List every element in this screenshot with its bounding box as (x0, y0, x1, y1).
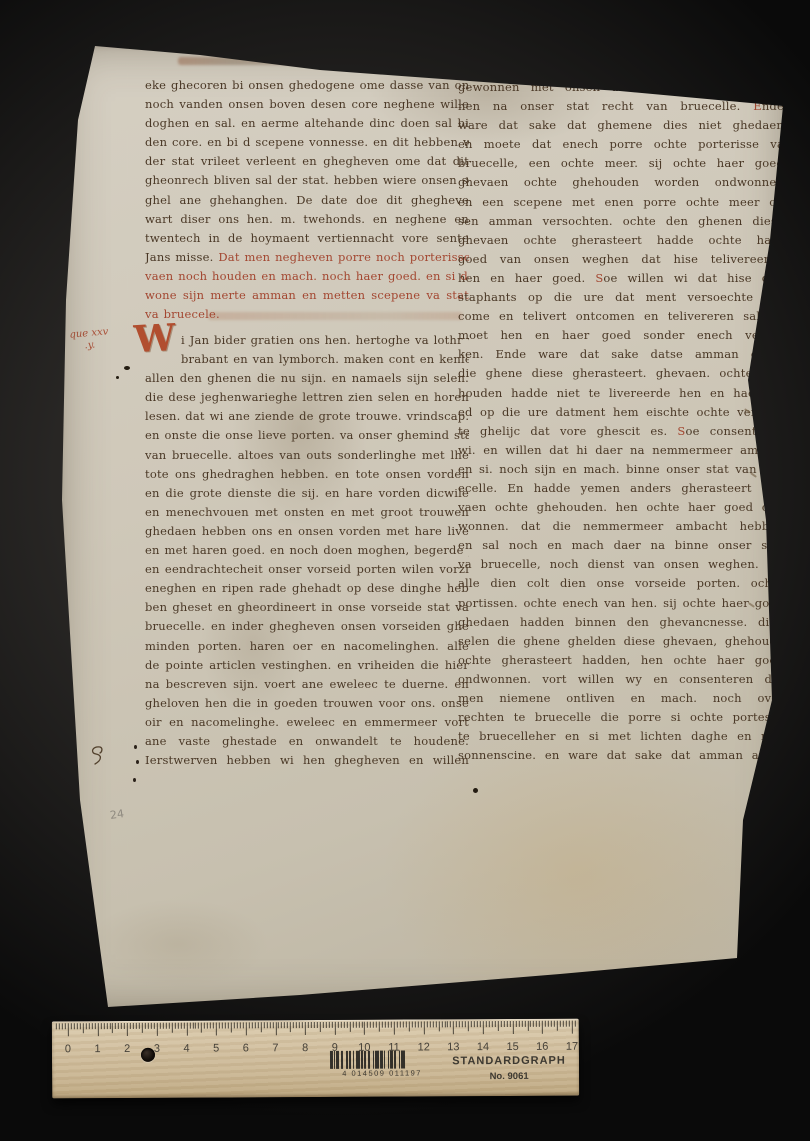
body-text: hen en haer goed. (458, 271, 595, 285)
ruler-cm-label: 8 (293, 1042, 317, 1054)
body-text: en onste die onse lieve porten. va onser… (145, 428, 469, 442)
ruler-tick (269, 1022, 270, 1028)
ruler-tick (296, 1022, 297, 1028)
body-text: ochte gherasteert hadden, hen ochte haer… (458, 653, 784, 667)
manuscript-text-line: ken. Ende ware dat sake datse amman ocht… (458, 345, 784, 364)
body-text: allen den ghenen die nu sijn. en namaels… (145, 371, 469, 385)
ruler-tick (160, 1023, 161, 1029)
manuscript-text-line: te ghelijc dat vore ghescit es. Soe cons… (458, 422, 784, 441)
manuscript-text-line: come en telivert ontcomen en telivereren… (458, 307, 784, 326)
ruler-tick (148, 1023, 149, 1029)
body-text: va bruecelle, noch dienst van onsen wegh… (458, 557, 768, 571)
ruler-tick (207, 1023, 208, 1029)
manuscript-text-line: ware dat sake dat ghemene dies niet ghed… (458, 116, 784, 135)
ruler-tick (456, 1021, 457, 1027)
body-text: nde (762, 99, 784, 113)
body-text: en si. noch sijn en mach. binne onser st… (458, 462, 784, 476)
manuscript-text-line: der stat vrileet verleent en ghegheven o… (145, 152, 469, 171)
ruler-tick (56, 1023, 57, 1029)
manuscript-text-line: en eendrachtecheit onser vorseid porten … (145, 560, 469, 579)
body-text: goed van onsen weghen dat hise teliveree… (458, 252, 784, 266)
body-text: der stat vrileet verleent en ghegheven o… (145, 154, 469, 168)
ruler-tick (435, 1021, 436, 1027)
manuscript-text-line: noch vanden onsen boven desen core neghe… (145, 95, 469, 114)
ruler-tick (305, 1022, 306, 1035)
ruler-tick (421, 1021, 422, 1027)
ruler-tick (326, 1022, 327, 1028)
body-text: ghel ane ghehanghen. De date doe dit ghe… (145, 193, 469, 207)
ruler-tick (83, 1023, 84, 1033)
body-text: gheloven hen die in goeden trouwen voor … (145, 696, 469, 710)
body-text: oir en nacomelinghe. eweleec en emmermee… (145, 715, 469, 729)
ruler-tick (367, 1022, 368, 1028)
body-text: en die grote dienste die sij. en hare vo… (145, 486, 469, 500)
ruler-tick (557, 1021, 558, 1031)
manuscript-text-line: ghedaen hadden binnen den ghevancnesse. … (458, 613, 784, 632)
ruler-tick (370, 1022, 371, 1028)
ruler-tick (77, 1023, 78, 1029)
manuscript-text-line: Jans misse. Dat men negheven porre noch … (145, 248, 469, 267)
ruler-tick (545, 1021, 546, 1027)
ruler-tick (486, 1021, 487, 1027)
ruler-tick (501, 1021, 502, 1027)
body-text: den core. en bi d scepene vonnesse. en d… (145, 135, 469, 149)
ruler-tick (115, 1023, 116, 1029)
body-text: ecelle. En hadde yemen anders gherasteer… (458, 481, 784, 495)
ruler-tick (234, 1022, 235, 1028)
manuscript-text-line: de pointe articlen vestinghen. en vrihei… (145, 656, 469, 675)
manuscript-text-line: ghedaen hebben ons en onsen vorden met h… (145, 522, 469, 541)
ruler-tick (563, 1021, 564, 1027)
ruler-tick (290, 1022, 291, 1032)
ruler-tick (524, 1021, 525, 1027)
body-text: moet hen en haer goed sonder enech verne… (458, 328, 784, 342)
ruler-tick (255, 1022, 256, 1028)
ruler-cm-label: 15 (501, 1041, 525, 1053)
body-text: lesen. dat wi ane ziende de grote trouwe… (145, 409, 469, 423)
ruler-tick (80, 1023, 81, 1029)
ruler-tick (157, 1023, 158, 1036)
ruler-tick (459, 1021, 460, 1027)
body-text: bruecelle, een ochte meer. sij ochte hae… (458, 156, 784, 170)
ruler-tick (237, 1022, 238, 1028)
ruler-tick (572, 1021, 573, 1034)
ruler-tick (542, 1021, 543, 1034)
ruler-tick (412, 1021, 413, 1027)
ruler-tick (507, 1021, 508, 1027)
manuscript-text-line: den core. en bi d scepene vonnesse. en d… (145, 133, 469, 152)
manuscript-text-line: sonnenscine. en ware dat sake dat amman … (458, 746, 784, 765)
manuscript-text-line: oir en nacomelinghe. eweleec en emmermee… (145, 713, 469, 732)
body-text: ghevaen ochte ghehouden worden ondwonnen (458, 175, 784, 189)
ruler-tick (510, 1021, 511, 1027)
right-column: gewonnen met onsen amman. en metten scep… (458, 78, 784, 765)
ruler-tick (320, 1022, 321, 1032)
ruler-tick (92, 1023, 93, 1029)
ruler-tick (62, 1023, 63, 1029)
body-text: en met haren goed. en noch doen moghen, … (145, 543, 469, 557)
ruler-tick (397, 1022, 398, 1028)
manuscript-text-line: en die grote dienste die sij. en hare vo… (145, 484, 469, 503)
body-text: selen die ghene ghelden diese ghevaen, g… (458, 634, 784, 648)
manuscript-text-line: en onste die onse lieve porten. va onser… (145, 426, 469, 445)
body-text: i Jan bider gratien ons hen. hertoghe va… (181, 333, 469, 347)
margin-note-line2: .y. (70, 338, 110, 353)
ruler-tick (186, 1023, 187, 1036)
ruler-tick (391, 1022, 392, 1028)
ruler-tick (124, 1023, 125, 1029)
ruler-tick (453, 1021, 454, 1034)
manuscript-text-line: allen den ghenen die nu sijn. en namaels… (145, 369, 469, 388)
ruler-tick (447, 1021, 448, 1027)
ruler-brand-label: STANDARDGRAPH (442, 1055, 576, 1068)
ruler-tick (329, 1022, 330, 1028)
ink-speck (116, 376, 119, 379)
body-text: ghevaen ochte gherasteert hadde ochte ha… (458, 233, 784, 247)
manuscript-text-line: va bruecelle, noch dienst van onsen wegh… (458, 555, 784, 574)
ruler-tick (201, 1023, 202, 1033)
ruler-tick (465, 1021, 466, 1027)
ruler-tick (575, 1021, 576, 1027)
body-text: vaen ochte ghehouden. hen ochte haer goe… (458, 500, 784, 514)
ruler-tick (195, 1023, 196, 1029)
manuscript-text-line: en sal noch en mach daer na binne onser … (458, 536, 784, 555)
ruler-tick (109, 1023, 110, 1029)
ruler-tick (240, 1022, 241, 1028)
rubric-text: E (753, 99, 762, 113)
ruler-tick (175, 1023, 176, 1029)
body-text: oe consenteren (686, 424, 784, 438)
manuscript-text-line: wart diser ons hen. m. twehonds. en negh… (145, 210, 469, 229)
manuscript-text-line: ecelle. En hadde yemen anders gherasteer… (458, 479, 784, 498)
ruler-tick (427, 1021, 428, 1027)
body-text: eneghen en ripen rade ghehadt op dese di… (145, 581, 469, 595)
trimmed-header-line-remnant (178, 57, 478, 65)
ruler-tick (551, 1021, 552, 1027)
ruler-tick (272, 1022, 273, 1028)
ruler-tick (293, 1022, 294, 1028)
ruler-tick (100, 1023, 101, 1029)
body-text: gheonrech bliven sal der stat. hebben wi… (145, 173, 469, 187)
ruler-tick (474, 1021, 475, 1027)
ruler-tick (560, 1021, 561, 1027)
fold-ink-dot (134, 745, 137, 749)
ruler-tick (89, 1023, 90, 1029)
ruler-tick (130, 1023, 131, 1029)
ruler-tick (382, 1022, 383, 1028)
ruler-tick (513, 1021, 514, 1034)
ruler-tick (533, 1021, 534, 1027)
body-text: ben gheset en gheordineert in onse vorse… (145, 600, 469, 614)
ruler-tick (429, 1021, 430, 1027)
ruler-tick (335, 1022, 336, 1035)
ruler-tick (403, 1022, 404, 1028)
barcode-digits: 4 014509 011197 (324, 1068, 440, 1078)
manuscript-text-line: va bruecele. (145, 305, 469, 324)
ruler-tick (554, 1021, 555, 1027)
left-column-paragraph2: i Jan bider gratien ons hen. hertoghe va… (145, 331, 469, 770)
manuscript-text-line: ed op die ure datment hem eischte ochte … (458, 403, 784, 422)
ruler-tick (415, 1021, 416, 1027)
ruler-tick (142, 1023, 143, 1033)
ruler-tick (341, 1022, 342, 1028)
barcode (330, 1050, 434, 1069)
ruler-tick (231, 1022, 232, 1032)
ruler-cm-label: 6 (234, 1042, 258, 1054)
ruler-cm-label: 17 (560, 1041, 584, 1053)
ruler-tick (222, 1022, 223, 1028)
ruler-tick (492, 1021, 493, 1027)
manuscript-text-line: i Jan bider gratien ons hen. hertoghe va… (181, 331, 469, 350)
margin-note-line1: que xxv (69, 326, 109, 340)
manuscript-text-line: gheonrech bliven sal der stat. hebben wi… (145, 171, 469, 190)
ruler-tick (275, 1022, 276, 1035)
body-text: alle dien colt dien onse vorseide porten… (458, 576, 784, 590)
ruler-tick (106, 1023, 107, 1029)
ruler-tick (489, 1021, 490, 1027)
body-text: ed op die ure datment hem eischte ochte … (458, 405, 784, 419)
ruler-tick (450, 1021, 451, 1027)
manuscript-text-line: en menechvouen met onsten en met groot t… (145, 503, 469, 522)
ruler-tick (548, 1021, 549, 1027)
manuscript-text-line: eke ghecoren bi onsen ghedogene ome dass… (145, 76, 469, 95)
ruler-tick (346, 1022, 347, 1028)
manuscript-text-line: doghen en sal. en aerme altehande dinc d… (145, 114, 469, 133)
manuscript-text-line: te bruecelleher en si met lichten daghe … (458, 727, 784, 746)
ruler-tick (287, 1022, 288, 1028)
ruler-tick (198, 1023, 199, 1029)
ruler-tick (527, 1021, 528, 1031)
ruler-tick (213, 1023, 214, 1029)
ruler-tick (225, 1022, 226, 1028)
ruler-tick (112, 1023, 113, 1033)
ruler: 01234567891011121314151617 4 014509 0111… (52, 1019, 579, 1099)
body-text: van bruecelle. altoes van outs sonderlin… (145, 448, 469, 462)
ruler-tick (266, 1022, 267, 1028)
ruler-tick (154, 1023, 155, 1029)
pencil-folio-number: 24 (109, 807, 125, 822)
body-text: Ierstwerven hebben wi hen ghegheven en w… (145, 753, 469, 767)
ruler-tick (317, 1022, 318, 1028)
manuscript-text-line: gheloven hen die in goeden trouwen voor … (145, 694, 469, 713)
manuscript-text-line: en si. noch sijn en mach. binne onser st… (458, 460, 784, 479)
body-text: die dese jeghenwarieghe lettren zien sel… (145, 390, 469, 404)
ruler-tick (409, 1022, 410, 1032)
ruler-tick (338, 1022, 339, 1028)
manuscript-text-line: hen en haer goed. Soe willen wi dat hise… (458, 269, 784, 288)
ruler-tick (299, 1022, 300, 1028)
ruler-tick (71, 1023, 72, 1029)
ruler-tick (349, 1022, 350, 1032)
body-text: houden hadde niet te livereerde hen en h… (458, 386, 784, 400)
stain-spot (473, 788, 478, 793)
body-text: wonnen. dat die nemmermeer ambacht hebbe… (458, 519, 784, 533)
ruler-tick (406, 1022, 407, 1028)
ruler-tick (344, 1022, 345, 1028)
manuscript-text-line: die dese jeghenwarieghe lettren zien sel… (145, 388, 469, 407)
fold-ink-dot (133, 778, 136, 782)
body-text: te ghelijc dat vore ghescit es. (458, 424, 677, 438)
ruler-cm-label: 0 (56, 1043, 80, 1055)
body-text: ane vaste ghestade en onwandelt te houde… (145, 734, 469, 748)
body-text: bruecelle. en inder ghegheven onsen vors… (145, 619, 469, 633)
ruler-tick (358, 1022, 359, 1028)
ruler-tick (498, 1021, 499, 1031)
body-text: wi. en willen dat hi daer na nemmermeer … (458, 443, 784, 457)
ruler-tick (361, 1022, 362, 1028)
ruler-tick (438, 1021, 439, 1031)
manuscript-text-line: men niemene ontliven en mach. noch over (458, 689, 784, 708)
rubric-text: Dat men negheven porre noch porterisse (218, 250, 469, 264)
ruler-tick (480, 1021, 481, 1027)
body-text: en moete dat enech porre ochte porteriss… (458, 137, 784, 151)
photo-backdrop: eke ghecoren bi onsen ghedogene ome dass… (0, 0, 810, 1141)
ruler-tick (504, 1021, 505, 1027)
ruler-tick (483, 1021, 484, 1034)
ruler-cm-label: 13 (441, 1041, 465, 1053)
ruler-tick (136, 1023, 137, 1029)
body-text: ken. Ende ware dat sake datse amman ocht… (458, 347, 784, 361)
ruler-tick (204, 1023, 205, 1029)
manuscript-text-line: bruecelle, een ochte meer. sij ochte hae… (458, 154, 784, 173)
ruler-tick (477, 1021, 478, 1027)
ruler-tick (566, 1021, 567, 1027)
ruler-tick (518, 1021, 519, 1027)
body-text: de pointe articlen vestinghen. en vrihei… (145, 658, 469, 672)
ruler-cm-label: 14 (471, 1041, 495, 1053)
body-text: en een scepene met enen porre ochte meer… (458, 195, 784, 209)
manuscript-text-line: rechten te bruecelle die porre si ochte … (458, 708, 784, 727)
ruler-tick (471, 1021, 472, 1027)
ruler-cm-label: 2 (115, 1043, 139, 1055)
ruler-tick (210, 1023, 211, 1029)
ruler-tick (252, 1022, 253, 1028)
manuscript-text-line: gewonnen met onsen amman. en metten scep… (458, 78, 784, 97)
ruler-tick (103, 1023, 104, 1029)
marginal-paragraph-mark (88, 744, 106, 768)
ruler-cm-label: 4 (174, 1043, 198, 1055)
body-text: ghedaen hebben ons en onsen vorden met h… (145, 524, 469, 538)
ruler-tick (355, 1022, 356, 1028)
ruler-tick (74, 1023, 75, 1029)
fold-ink-dot (136, 760, 139, 764)
ruler-tick (308, 1022, 309, 1028)
ruler-tick (364, 1022, 365, 1035)
ruler-tick (177, 1023, 178, 1029)
body-text: na bescreven sijn. voert ane eweleec te … (145, 677, 469, 691)
body-text: twentech in de hoymaent vertiennacht vor… (145, 231, 469, 245)
manuscript-text-line: alle dien colt dien onse vorseide porten… (458, 574, 784, 593)
ruler-tick (258, 1022, 259, 1028)
ruler-tick (216, 1023, 217, 1036)
manuscript-text-line: vaen noch houden en mach. noch haer goed… (145, 267, 469, 286)
ruler-tick (139, 1023, 140, 1029)
ruler-tick (495, 1021, 496, 1027)
manuscript-text-line: wonnen. dat die nemmermeer ambacht hebbe… (458, 517, 784, 536)
body-text: en sal noch en mach daer na binne onser … (458, 538, 784, 552)
body-text: sen amman versochten. ochte den ghenen d… (458, 214, 784, 228)
ruler-tick (323, 1022, 324, 1028)
ruler-tick (352, 1022, 353, 1028)
manuscript-text-line: ghevaen ochte gherasteert hadde ochte ha… (458, 231, 784, 250)
body-text: ware dat sake dat ghemene dies niet ghed… (458, 118, 784, 132)
manuscript-text-line: sen amman versochten. ochte den ghenen d… (458, 212, 784, 231)
manuscript-text-line: ghevaen ochte ghehouden worden ondwonnen (458, 173, 784, 192)
manuscript-text-line: die ghene diese gherasteert. ghevaen. oc… (458, 364, 784, 383)
ruler-tick (332, 1022, 333, 1028)
manuscript-text-line: nen na onser stat recht van bruecelle. E… (458, 97, 784, 116)
body-text: men niemene ontliven en mach. noch over (458, 691, 784, 705)
manuscript-text-line: van bruecelle. altoes van outs sonderlin… (145, 446, 469, 465)
body-text: brabant en van lymborch. maken cont en k… (181, 352, 469, 366)
manuscript-text-line: selen die ghene ghelden diese ghevaen, g… (458, 632, 784, 651)
manuscript-text-line: moet hen en haer goed sonder enech verne… (458, 326, 784, 345)
body-text: n (776, 557, 784, 571)
ruler-tick (400, 1022, 401, 1028)
ruler-tick (515, 1021, 516, 1027)
body-text: rechten te bruecelle die porre si ochte … (458, 710, 784, 724)
ruler-tick (394, 1022, 395, 1035)
ruler-tick (192, 1023, 193, 1029)
ruler-tick (121, 1023, 122, 1029)
body-text: nen na onser stat recht van bruecelle. (458, 99, 753, 113)
body-text: oe willen wi dat hise dan (603, 271, 784, 285)
ruler-tick (68, 1023, 69, 1036)
ruler-tick (127, 1023, 128, 1036)
body-text: en eendrachtecheit onser vorseid porten … (145, 562, 469, 576)
ruler-tick (219, 1022, 220, 1028)
ruler-tick (169, 1023, 170, 1029)
margin-chapter-note: que xxv .y. (69, 326, 110, 353)
ruler-tick (569, 1021, 570, 1027)
ruler-tick (86, 1023, 87, 1029)
body-text: gewonnen met onsen amman. en metten scep… (458, 80, 784, 94)
body-text: die ghene diese gherasteert. ghevaen. oc… (458, 366, 784, 380)
manuscript-text-line: vaen ochte ghehouden. hen ochte haer goe… (458, 498, 784, 517)
ruler-tick (183, 1023, 184, 1029)
ruler-tick (314, 1022, 315, 1028)
body-text: come en telivert ontcomen en telivereren… (458, 309, 784, 323)
ruler-tick (388, 1022, 389, 1028)
manuscript-text-line: brabant en van lymborch. maken cont en k… (181, 350, 469, 369)
manuscript-text-line: en moete dat enech porre ochte porteriss… (458, 135, 784, 154)
body-text: tote ons ghedraghen hebben. en tote onse… (145, 467, 469, 481)
ruler-tick (376, 1022, 377, 1028)
ruler-tick (444, 1021, 445, 1027)
rubric-text: vaen noch houden en mach. noch haer goed… (145, 269, 469, 283)
body-text: doghen en sal. en aerme altehande dinc d… (145, 116, 469, 130)
manuscript-text-line: wi. en willen dat hi daer na nemmermeer … (458, 441, 784, 460)
ruler-tick (151, 1023, 152, 1029)
rubric-text: S (677, 424, 685, 438)
ink-speck (124, 366, 130, 370)
manuscript-text-line: eneghen en ripen rade ghehadt op dese di… (145, 579, 469, 598)
body-text: Jans misse. (145, 250, 218, 264)
body-text: en menechvouen met onsten en met groot t… (145, 505, 469, 519)
ruler-tick (441, 1021, 442, 1027)
manuscript-text-line: houden hadde niet te livereerde hen en h… (458, 384, 784, 403)
body-text: eke ghecoren bi onsen ghedogene ome dass… (145, 78, 469, 92)
ruler-tick (163, 1023, 164, 1029)
ruler-tick (424, 1021, 425, 1034)
ruler-tick (284, 1022, 285, 1028)
body-text: te bruecelleher en si met lichten daghe … (458, 729, 784, 743)
manuscript-text-line: en een scepene met enen porre ochte meer… (458, 193, 784, 212)
body-text: staphants op die ure dat ment versoechte… (458, 290, 784, 304)
body-text: ondwonnen. vort willen wy en consenteren… (458, 672, 784, 686)
manuscript-text-line: ochte gherasteert hadden, hen ochte haer… (458, 651, 784, 670)
manuscript-text-line: minden porten. haren oer en nacomelinghe… (145, 637, 469, 656)
